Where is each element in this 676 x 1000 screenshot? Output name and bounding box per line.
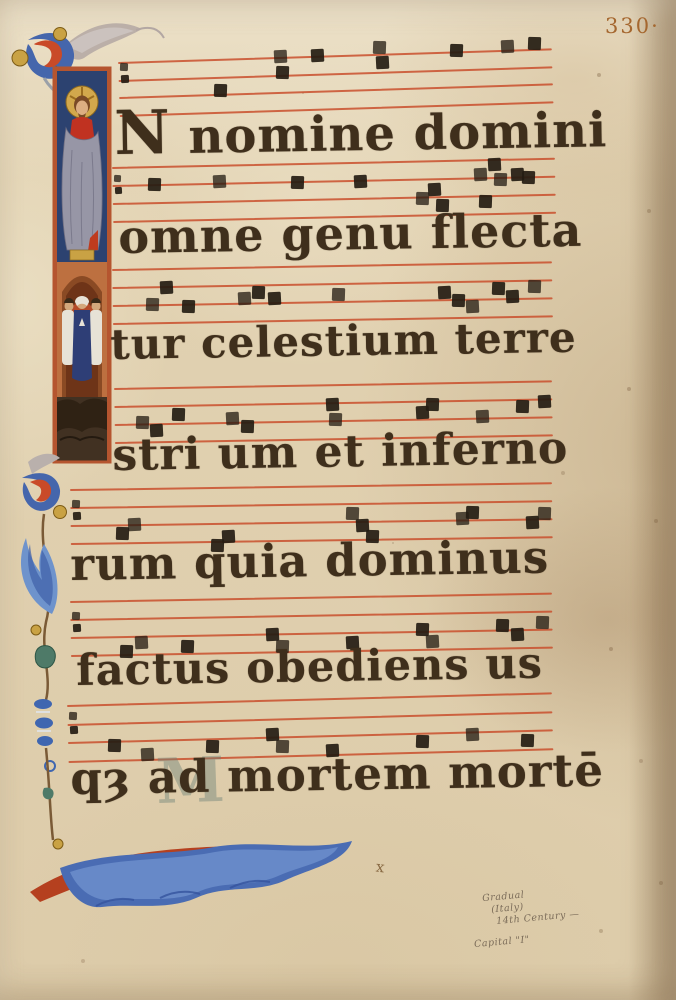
chant-line: rum quia dominus xyxy=(70,534,549,587)
folio-number: 330· xyxy=(605,14,660,38)
chant-line: qȝ ad mortem mortē xyxy=(70,748,604,801)
chant-line: N nomine domini xyxy=(114,96,608,164)
chant-line: tur celestium terre xyxy=(110,317,577,366)
chant-line: factus obediens us xyxy=(76,643,543,693)
chant-line: omne genu flecta xyxy=(118,207,583,260)
chant-line: stri um et inferno xyxy=(112,427,569,478)
chant-drop-cap: N xyxy=(114,97,171,169)
manuscript-page: M N nomine dominiomne genu flectatur cel… xyxy=(0,0,676,1000)
chant-text-layer: N nomine dominiomne genu flectatur celes… xyxy=(0,0,676,1000)
